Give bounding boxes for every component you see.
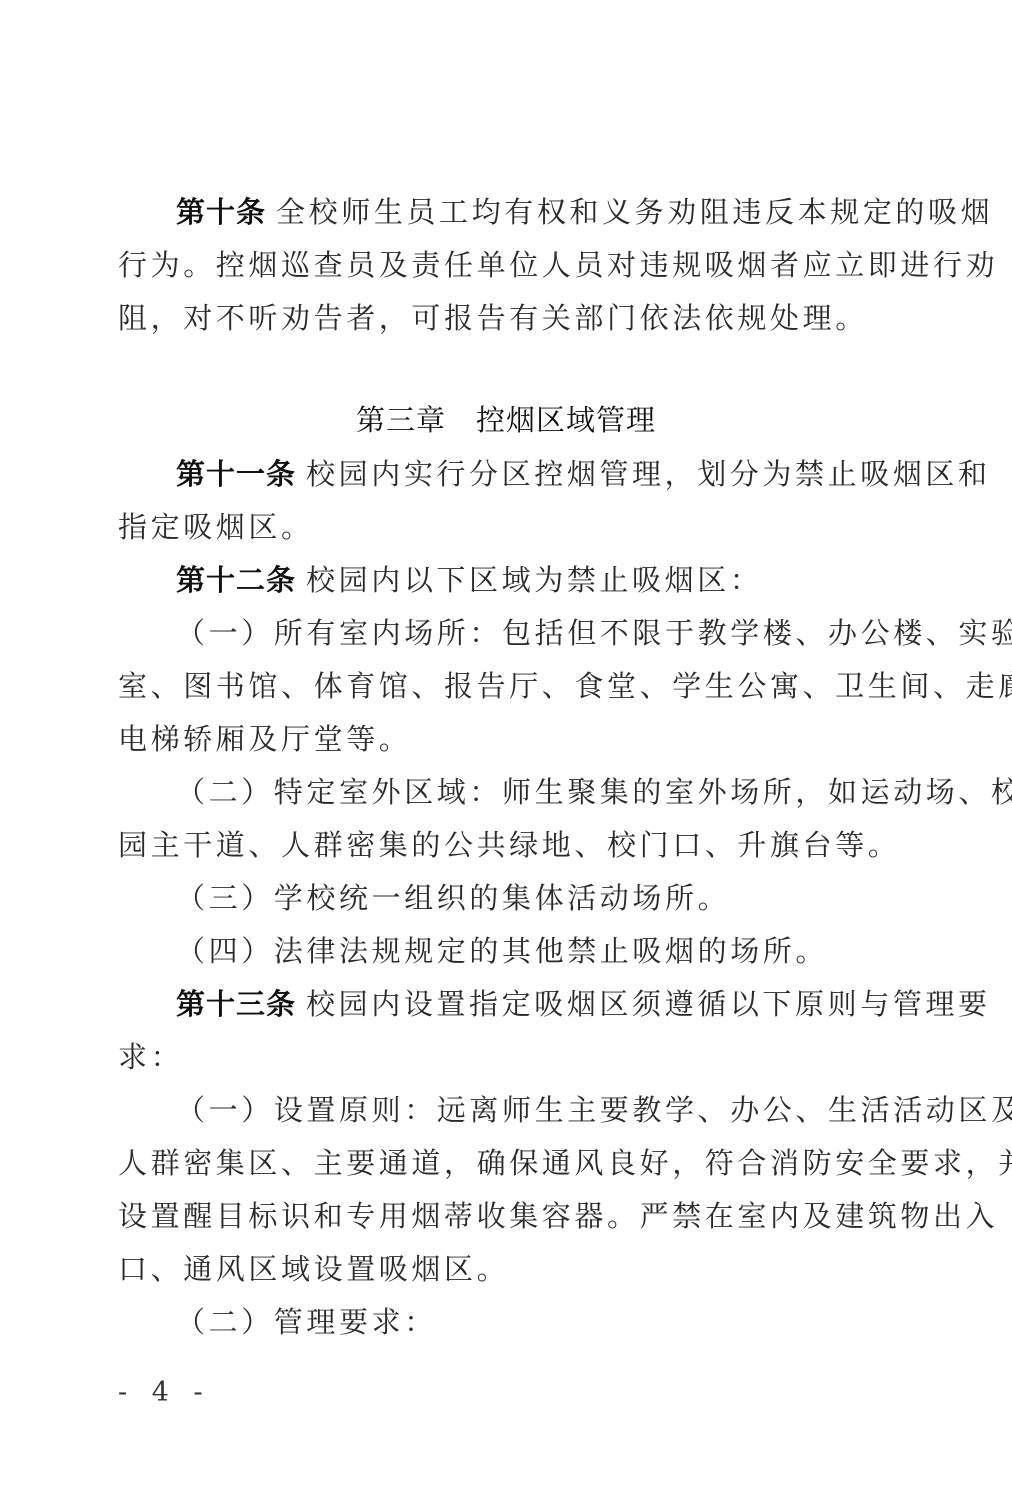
article-12-item-1-line-3: 电梯轿厢及厅堂等。 (118, 719, 918, 759)
document-page: 第十条全校师生员工均有权和义务劝阻违反本规定的吸烟 行为。控烟巡查员及责任单位人… (0, 0, 1012, 1506)
article-12-text: 校园内以下区域为禁止吸烟区： (306, 563, 762, 597)
article-13-item-1-line-2: 人群密集区、主要通道，确保通风良好，符合消防安全要求，并 (118, 1143, 918, 1183)
article-11-line-1: 第十一条校园内实行分区控烟管理，划分为禁止吸烟区和 (176, 454, 918, 494)
article-10-line-2: 行为。控烟巡查员及责任单位人员对违规吸烟者应立即进行劝 (118, 245, 918, 285)
article-12-item-1-line-2: 室、图书馆、体育馆、报告厅、食堂、学生公寓、卫生间、走廊、 (118, 666, 918, 706)
chapter-number: 第三章 (356, 400, 446, 440)
chapter-title: 第三章控烟区域管理 (0, 400, 1012, 440)
article-12-line-1: 第十二条校园内以下区域为禁止吸烟区： (176, 560, 918, 600)
article-13-text: 校园内设置指定吸烟区须遵循以下原则与管理要 (306, 987, 991, 1021)
article-12-item-2-line-2: 园主干道、人群密集的公共绿地、校门口、升旗台等。 (118, 825, 918, 865)
article-13-line-1: 第十三条校园内设置指定吸烟区须遵循以下原则与管理要 (176, 984, 918, 1024)
article-13-line-2: 求： (118, 1037, 918, 1077)
article-10-line-1: 第十条全校师生员工均有权和义务劝阻违反本规定的吸烟 (176, 192, 918, 232)
chapter-name: 控烟区域管理 (476, 400, 656, 440)
article-10-line-3: 阻，对不听劝告者，可报告有关部门依法依规处理。 (118, 298, 918, 338)
page-number: - 4 - (118, 1375, 211, 1411)
article-12-heading: 第十二条 (176, 563, 296, 597)
article-13-heading: 第十三条 (176, 987, 296, 1021)
article-10-heading: 第十条 (176, 195, 266, 229)
article-13-item-1-line-1: （一）设置原则：远离师生主要教学、办公、生活活动区及 (176, 1090, 918, 1130)
article-12-item-1-line-1: （一）所有室内场所：包括但不限于教学楼、办公楼、实验 (176, 613, 918, 653)
article-12-item-3: （三）学校统一组织的集体活动场所。 (176, 878, 918, 918)
article-11-heading: 第十一条 (176, 457, 296, 491)
article-13-item-1-line-4: 口、通风区域设置吸烟区。 (118, 1249, 918, 1289)
article-13-item-2: （二）管理要求： (176, 1302, 918, 1342)
article-11-line-2: 指定吸烟区。 (118, 507, 918, 547)
article-11-text: 校园内实行分区控烟管理，划分为禁止吸烟区和 (306, 457, 991, 491)
article-12-item-4: （四）法律法规规定的其他禁止吸烟的场所。 (176, 931, 918, 971)
article-10-text: 全校师生员工均有权和义务劝阻违反本规定的吸烟 (276, 195, 993, 229)
article-12-item-2-line-1: （二）特定室外区域：师生聚集的室外场所，如运动场、校 (176, 772, 918, 812)
article-13-item-1-line-3: 设置醒目标识和专用烟蒂收集容器。严禁在室内及建筑物出入 (118, 1196, 918, 1236)
